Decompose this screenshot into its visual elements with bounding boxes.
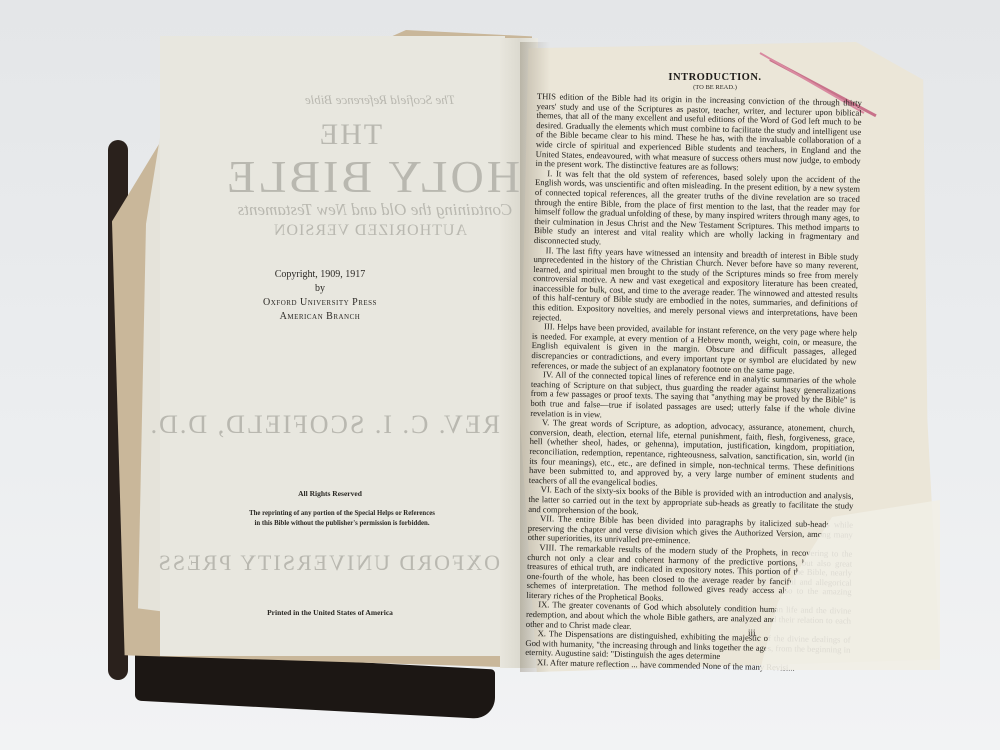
ghost-version: AUTHORIZED VERSION <box>250 222 490 240</box>
ghost-title: HOLY BIBLE <box>230 150 520 203</box>
paragraph: V. The great words of Scripture, as adop… <box>529 418 855 492</box>
ghost-series: The Scofield Reference Bible <box>240 92 520 108</box>
paragraph: I. It was felt that the old system of re… <box>534 169 861 253</box>
paragraph: THIS edition of the Bible had its origin… <box>535 92 862 176</box>
introduction-subtitle: (TO BE READ.) <box>660 84 770 91</box>
copyright-line: Copyright, 1909, 1917 <box>240 268 400 282</box>
introduction-title: INTRODUCTION. <box>640 72 790 83</box>
reprint-notice-line-2: in this Bible without the publisher's pe… <box>222 519 462 529</box>
publisher-name: Oxford University Press <box>240 296 400 310</box>
publisher-branch: American Branch <box>240 310 400 324</box>
paragraph: III. Helps have been provided, available… <box>531 322 857 377</box>
page-number: iii <box>748 628 756 638</box>
reprint-notice-line-1: The reprinting of any portion of the Spe… <box>222 509 462 519</box>
copyright-by: by <box>240 282 400 296</box>
ghost-author: REV. C. I. SCOFIELD, D.D. <box>220 410 500 440</box>
reprint-notice: The reprinting of any portion of the Spe… <box>222 509 462 529</box>
ghost-containing: Containing the Old and New Testaments <box>230 200 520 220</box>
ghost-publisher: OXFORD UNIVERSITY PRESS <box>220 550 500 576</box>
all-rights-reserved: All Rights Reserved <box>260 489 400 498</box>
ghost-the: THE <box>250 118 450 152</box>
paragraph: II. The last fifty years have witnessed … <box>532 245 859 329</box>
printed-in: Printed in the United States of America <box>250 608 410 617</box>
copyright-block: Copyright, 1909, 1917 by Oxford Universi… <box>240 268 400 324</box>
paragraph: IV. All of the connected topical lines o… <box>530 370 856 425</box>
